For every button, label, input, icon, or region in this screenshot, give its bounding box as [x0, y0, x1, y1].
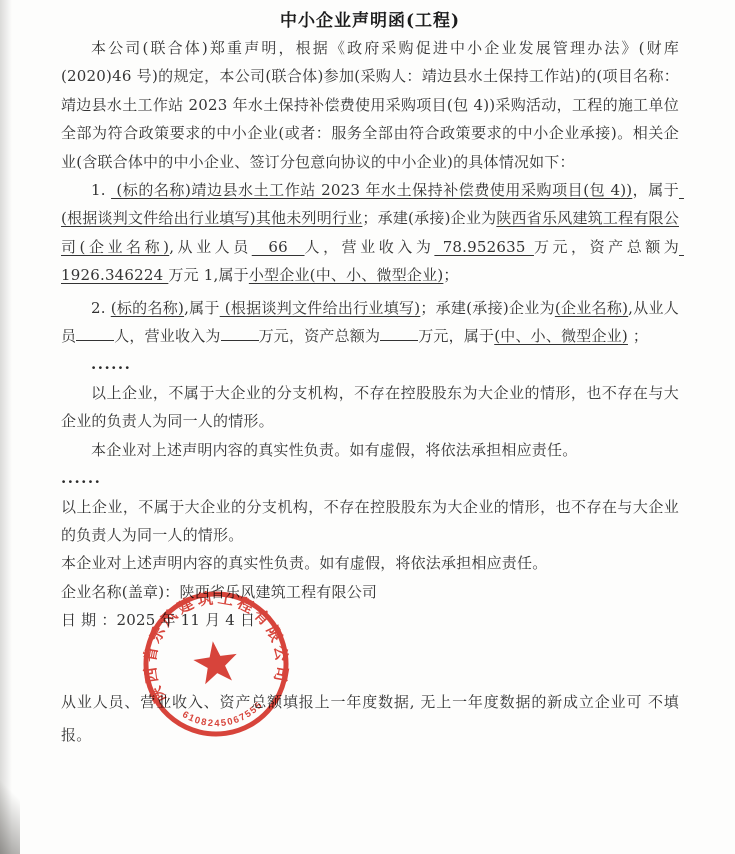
no-large-enterprise-2: 以上企业，不属于大企业的分支机构，不存在控股股东为大企业的情形，也不存在与大企业… — [61, 493, 679, 550]
text-segment: 2. — [91, 299, 111, 317]
text-segment: 本企业对上述声明内容的真实性负责。如有虚假，将依法承担相应责任。 — [61, 554, 547, 572]
text-segment: 78.952635 — [434, 238, 534, 256]
blank-underline — [380, 325, 418, 341]
text-segment: 小型企业(中、小、微型企业) — [249, 266, 444, 284]
text-segment: 万元，资产总额为 — [259, 327, 381, 345]
text-segment: 人，营业收入为 — [305, 238, 435, 256]
text-segment: 本公司(联合体)郑重声明，根据《政府采购促进中小企业发展管理办法》(财库(202… — [61, 39, 679, 171]
ellipsis-2: ...... — [61, 464, 679, 492]
document-body: 中小企业声明函(工程) 本公司(联合体)郑重声明，根据《政府采购促进中小企业发展… — [61, 0, 679, 752]
text-segment: ； — [443, 266, 458, 284]
date-line: 日 期 ：2025 年 11 月 4 日 — [61, 606, 679, 634]
company-name-line: 企业名称(盖章)：陕西省乐风建筑工程有限公司 — [61, 578, 679, 606]
item-2: 2. (标的名称),属于 (根据谈判文件给出行业填写)；承建(承接)企业为(企业… — [61, 294, 679, 351]
no-large-enterprise-1: 以上企业，不属于大企业的分支机构，不存在控股股东为大企业的情形，也不存在与大企业… — [61, 379, 679, 436]
text-segment: (中、小、微型企业) — [494, 327, 628, 345]
text-segment: ；承建(承接)企业为 — [420, 299, 555, 317]
text-segment: 人，营业收入为 — [114, 327, 220, 345]
blank-underline — [76, 325, 114, 341]
page-title: 中小企业声明函(工程) — [61, 0, 679, 34]
text-segment: 万元，资产总额为 — [534, 238, 679, 256]
text-segment: 从业人员、营业收入、资产总额填报上一年度数据, 无上一年度数据的新成立企业可 不… — [61, 693, 679, 744]
text-segment: ； — [628, 327, 648, 345]
item-1: 1. (标的名称)靖边县水土工作站 2023 年水土保持补偿费使用采购项目(包 … — [61, 176, 679, 290]
ellipsis-1: ...... — [61, 350, 679, 378]
text-segment: (企业名称) — [555, 299, 628, 317]
note: 从业人员、营业收入、资产总额填报上一年度数据, 无上一年度数据的新成立企业可 不… — [61, 686, 679, 752]
text-segment: 66 — [252, 238, 305, 256]
responsibility-1: 本企业对上述声明内容的真实性负责。如有虚假，将依法承担相应责任。 — [61, 436, 679, 464]
document-page: 中小企业声明函(工程) 本公司(联合体)郑重声明，根据《政府采购促进中小企业发展… — [0, 0, 735, 854]
text-segment: ，属于 — [632, 181, 679, 199]
intro-paragraph: 本公司(联合体)郑重声明，根据《政府采购促进中小企业发展管理办法》(财库(202… — [61, 34, 679, 176]
scan-edge-shadow — [0, 0, 12, 854]
text-segment: 以上企业，不属于大企业的分支机构，不存在控股股东为大企业的情形，也不存在与大企业… — [61, 384, 679, 430]
text-segment: 以上企业，不属于大企业的分支机构，不存在控股股东为大企业的情形，也不存在与大企业… — [61, 498, 679, 544]
text-segment: ...... — [61, 469, 101, 487]
blank-underline — [221, 325, 259, 341]
responsibility-2: 本企业对上述声明内容的真实性负责。如有虚假，将依法承担相应责任。 — [61, 549, 679, 577]
text-segment: (标的名称) — [111, 299, 184, 317]
text-segment: (根据谈判文件给出行业填写) — [220, 299, 421, 317]
text-segment: 1. — [91, 181, 111, 199]
text-segment: (标的名称)靖边县水土工作站 2023 年水土保持补偿费使用采购项目(包 4)) — [111, 181, 632, 199]
text-segment: ,从业人员 — [169, 238, 252, 256]
text-segment: ,属于 — [184, 299, 220, 317]
text-segment: 本企业对上述声明内容的真实性负责。如有虚假，将依法承担相应责任。 — [91, 441, 577, 459]
text-segment: 日 期 ：2025 年 11 月 4 日 — [61, 611, 255, 629]
text-segment: ...... — [91, 355, 131, 373]
text-segment: ；承建(承接)企业为 — [362, 209, 496, 227]
text-segment: 万元，属于 — [418, 327, 494, 345]
text-segment: 企业名称(盖章)：陕西省乐风建筑工程有限公司 — [61, 583, 377, 601]
scan-corner-shadow — [0, 759, 20, 854]
text-segment: 万元 1,属于 — [168, 266, 248, 284]
